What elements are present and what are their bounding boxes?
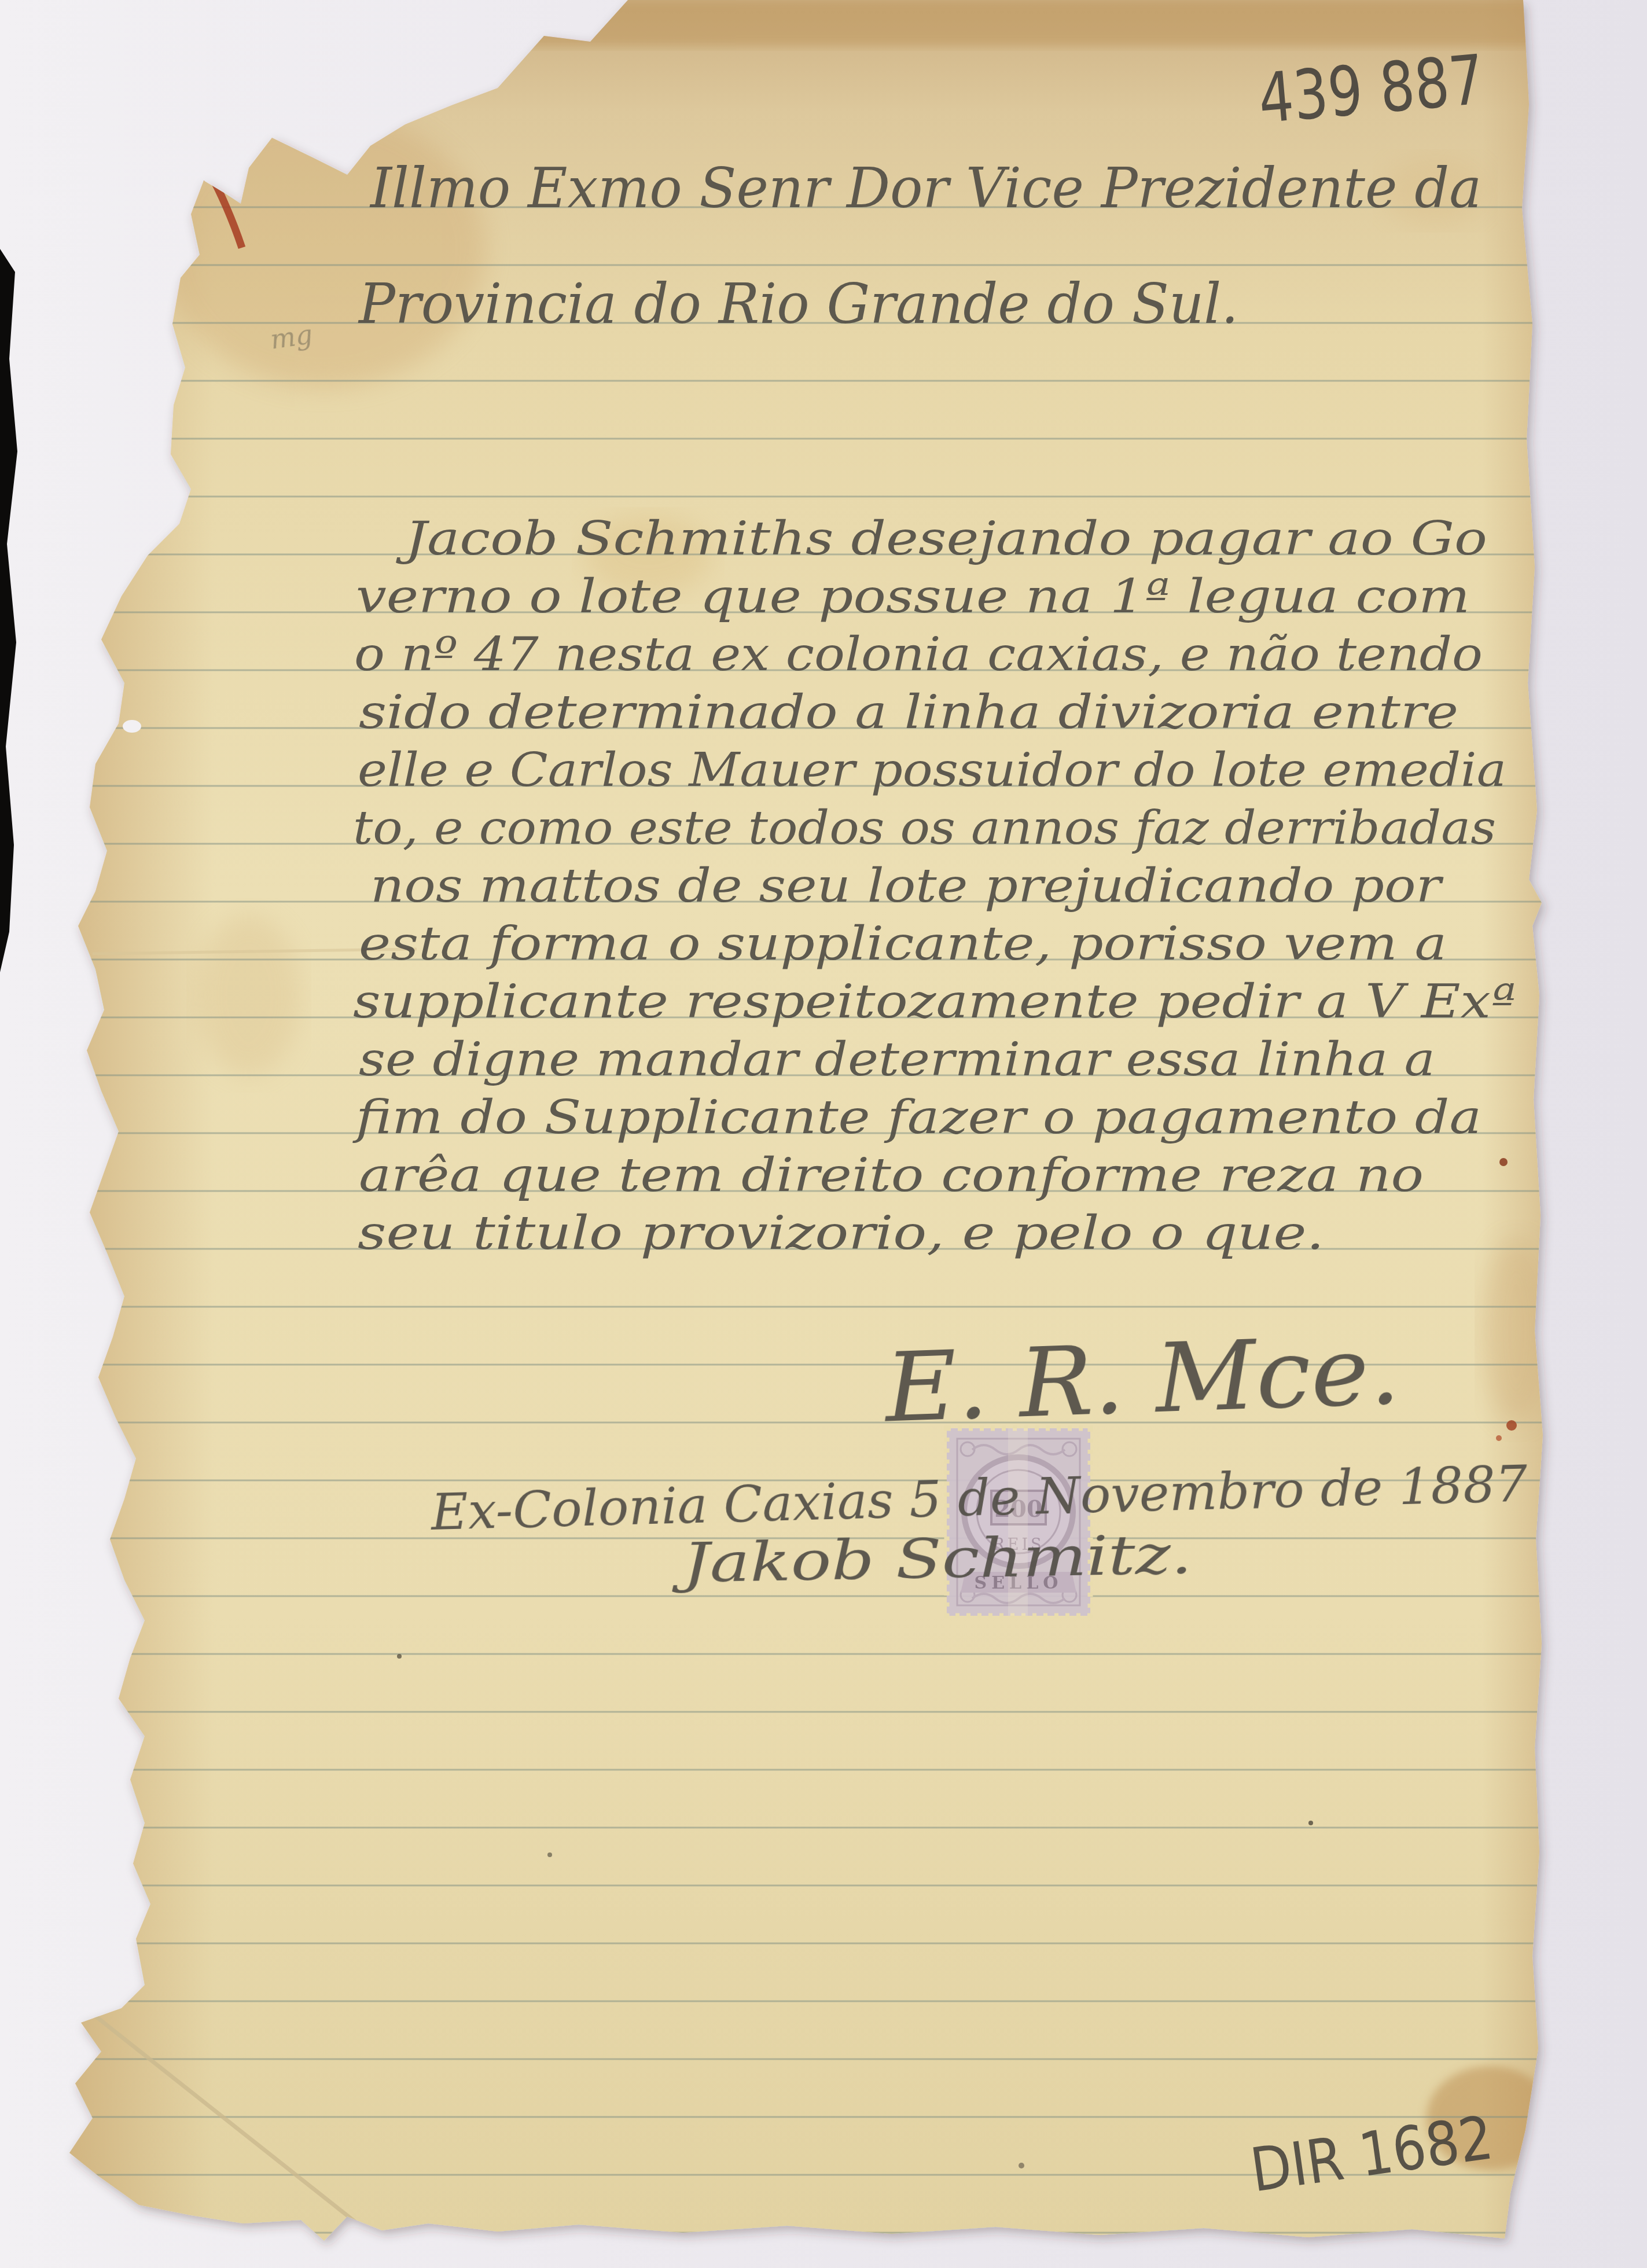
corner-scribble: mg xyxy=(269,318,315,355)
body-line: nos mattos de seu lote prejudicando por xyxy=(370,859,1444,913)
speck-2 xyxy=(547,1852,552,1857)
body-line: sido determinado a linha divizoria entre xyxy=(359,685,1458,739)
body-line: Jacob Schmiths desejando pagar ao Go xyxy=(395,512,1487,565)
rust-speck-1 xyxy=(1499,1158,1508,1166)
body-line: esta forma o supplicante, porisso vem a xyxy=(359,917,1447,971)
rust-speck-2 xyxy=(1506,1420,1517,1431)
speck-4 xyxy=(1308,1821,1313,1825)
body-line: seu titulo provizorio, e pelo o que. xyxy=(358,1206,1324,1260)
body-line: o nº 47 nesta ex colonia caxias, e não t… xyxy=(354,627,1483,681)
body-line: arêa que tem direito conforme reza no xyxy=(359,1148,1424,1202)
speck-1 xyxy=(397,1654,402,1659)
header-line-1: Illmo Exmo Senr Dor Vice Prezidente da xyxy=(369,156,1481,220)
closing-formula: E. R. Mce. xyxy=(881,1315,1402,1444)
signature: Jakob Schmitz. xyxy=(671,1523,1193,1596)
paper-hole xyxy=(123,720,141,733)
header-line-2: Provincia do Rio Grande do Sul. xyxy=(358,271,1238,336)
body-line: fim do Supplicante fazer o pagamento da xyxy=(352,1090,1481,1144)
body-line: to, e como este todos os annos faz derri… xyxy=(353,801,1496,855)
body-line: verno o lote que possue na 1ª legua com xyxy=(356,569,1470,623)
paper-sheet: 200 REIS SELLO Illmo Exmo Senr Dor Vice … xyxy=(64,0,1563,2268)
rust-speck-3 xyxy=(1496,1435,1502,1441)
speck-3 xyxy=(1019,2163,1024,2168)
stain-left-margin xyxy=(197,914,301,1076)
body-line: elle e Carlos Mauer possuidor do lote em… xyxy=(358,743,1506,797)
body-line: se digne mandar determinar essa linha a xyxy=(359,1032,1435,1086)
document-scan: 200 REIS SELLO Illmo Exmo Senr Dor Vice … xyxy=(0,0,1647,2268)
body-line: supplicante respeitozamente pedir a V Ex… xyxy=(353,975,1516,1028)
